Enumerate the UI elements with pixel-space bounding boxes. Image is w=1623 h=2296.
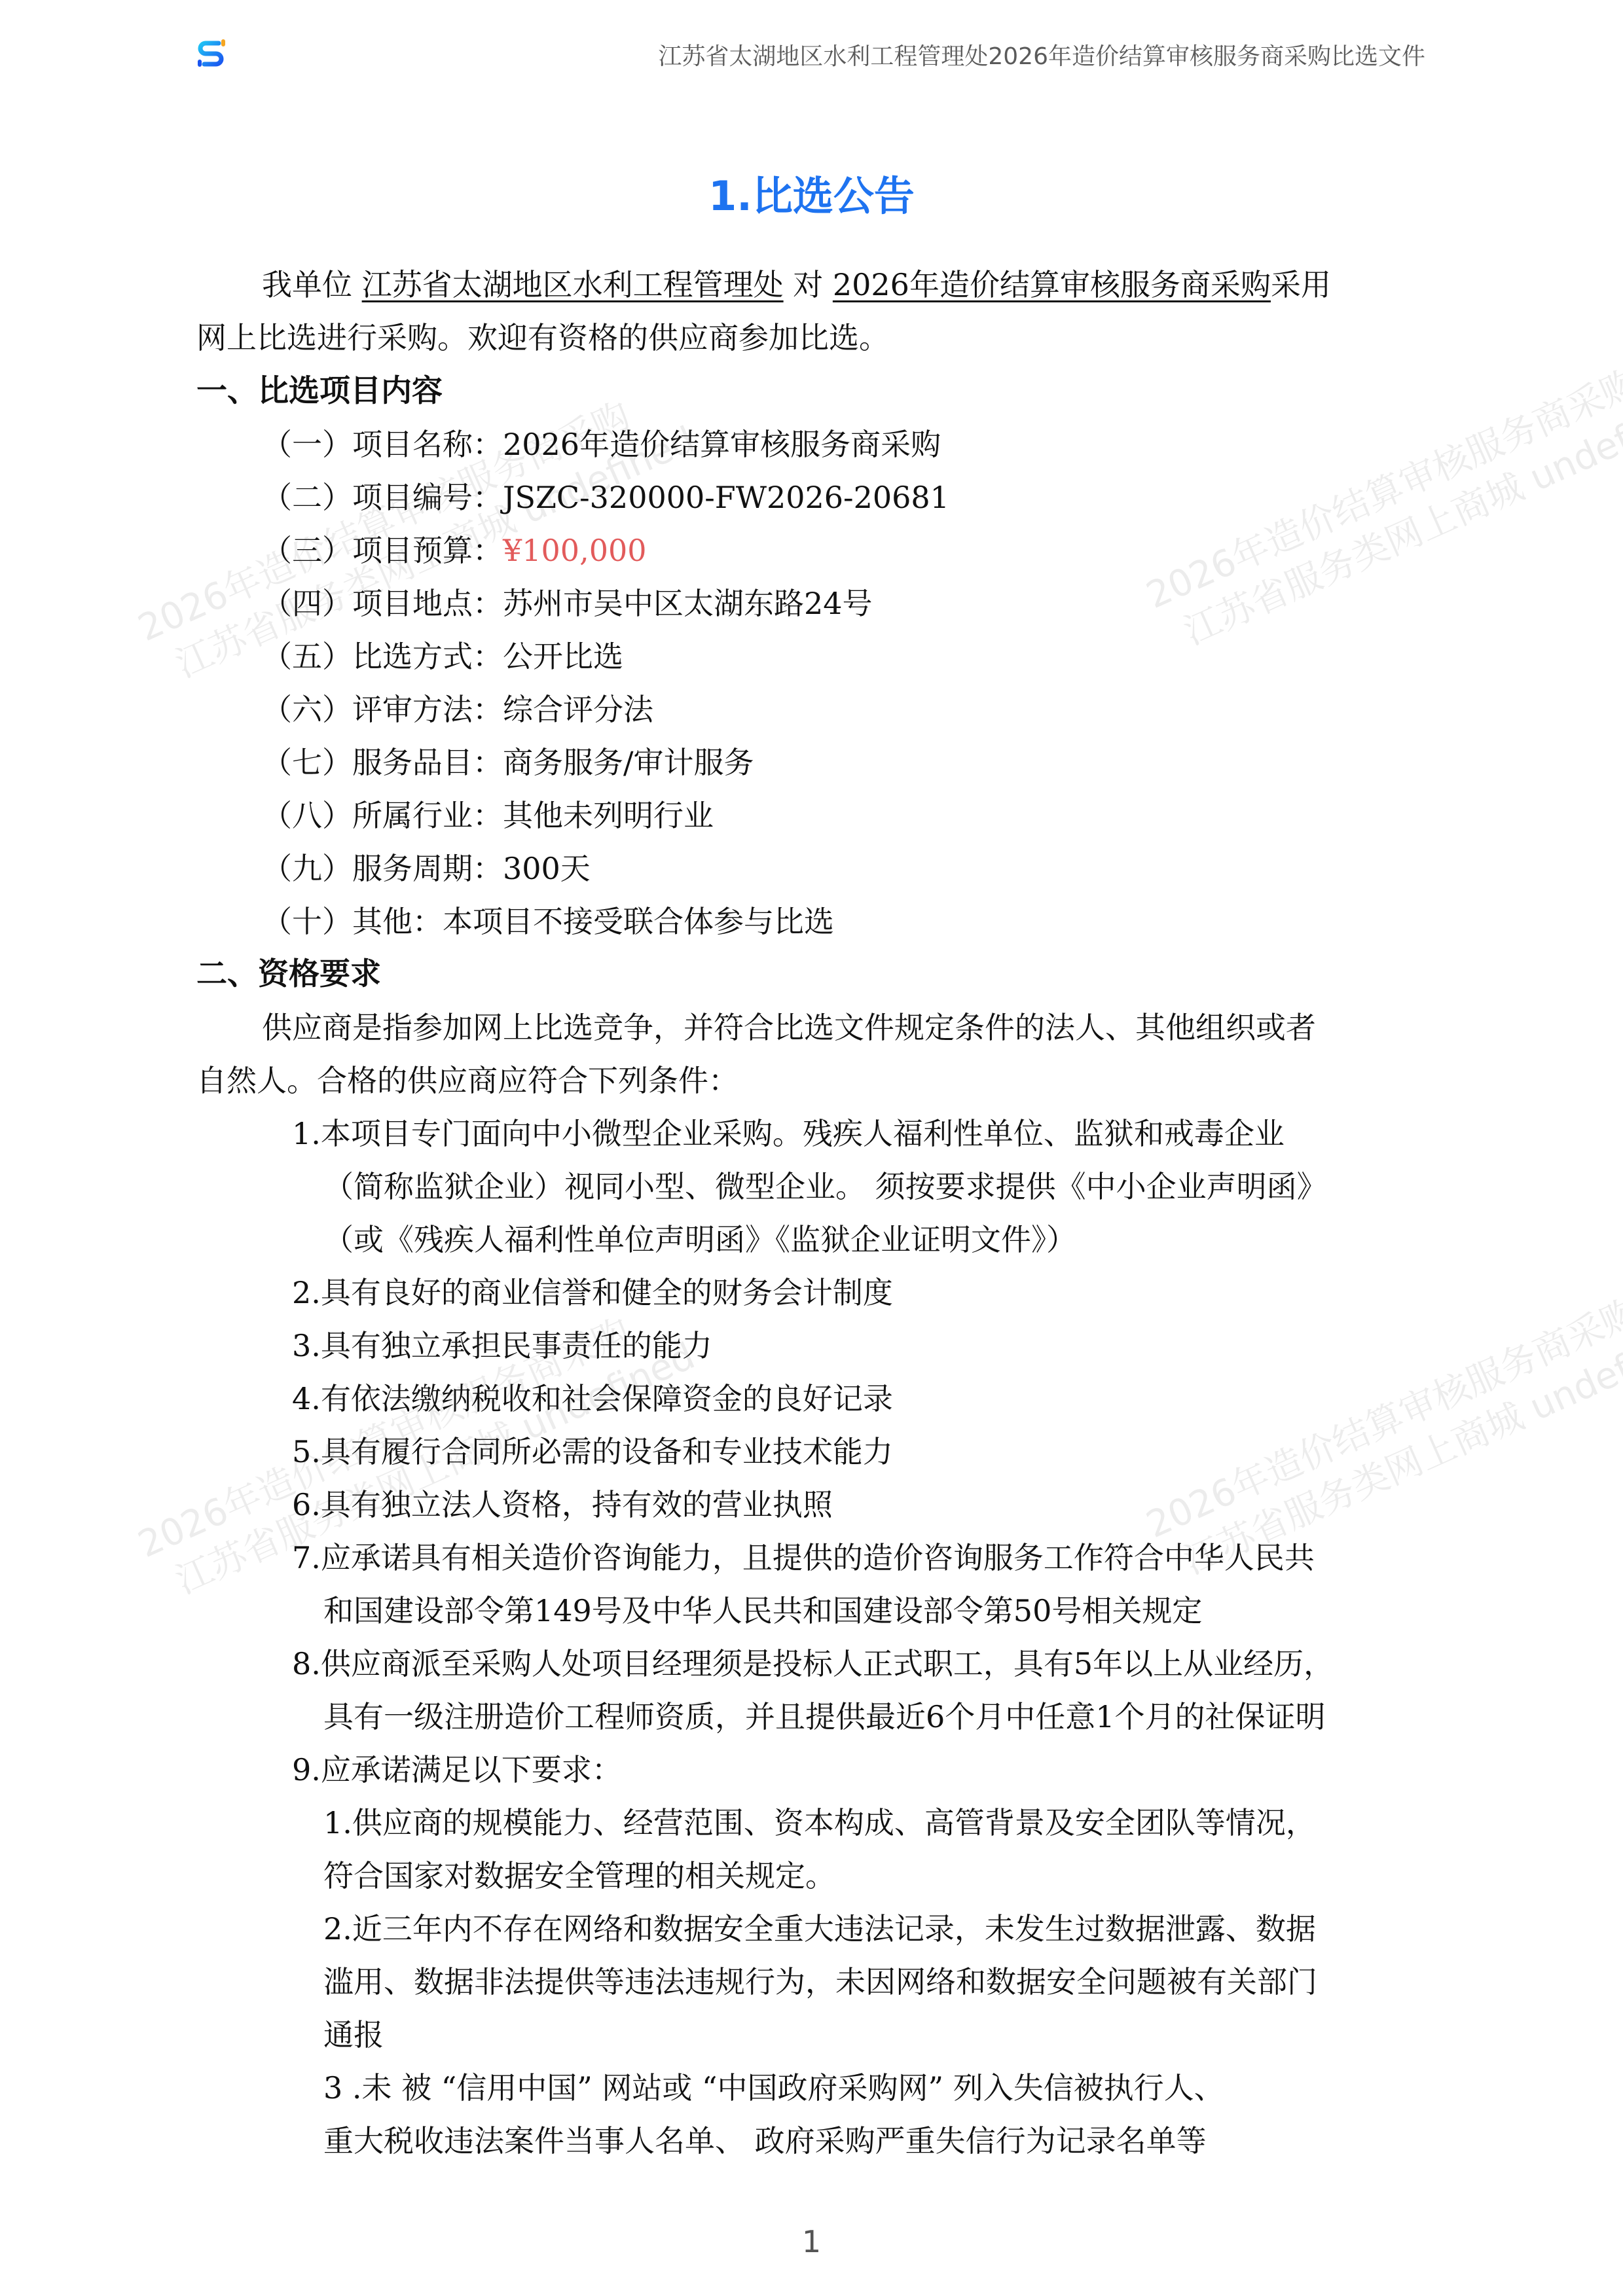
requirement-item: 9.应承诺满足以下要求：	[292, 1750, 622, 1789]
intro-line-2: 网上比选进行采购。欢迎有资格的供应商参加比选。	[196, 318, 889, 357]
list-item: （九）服务周期：300天	[262, 849, 591, 888]
requirement-item: 1.本项目专门面向中小微型企业采购。残疾人福利性单位、监狱和戒毒企业	[292, 1114, 1285, 1153]
section-heading: 二、资格要求	[196, 955, 381, 994]
requirement-item: 7.应承诺具有相关造价咨询能力，且提供的造价咨询服务工作符合中华人民共	[292, 1538, 1315, 1577]
intro-line-1: 我单位 江苏省太湖地区水利工程管理处 对 2026年造价结算审核服务商采购采用	[262, 265, 1331, 304]
list-item: （三）项目预算：¥100,000	[262, 531, 647, 570]
page-number: 1	[0, 2224, 1623, 2259]
requirement-item: 2.具有良好的商业信誉和健全的财务会计制度	[292, 1273, 893, 1312]
list-item: （一）项目名称：2026年造价结算审核服务商采购	[262, 425, 941, 464]
list-item: （四）项目地点：苏州市吴中区太湖东路24号	[262, 584, 873, 623]
sub-requirement: 2.近三年内不存在网络和数据安全重大违法记录，未发生过数据泄露、数据	[323, 1909, 1316, 1948]
paragraph-line: 自然人。合格的供应商应符合下列条件：	[196, 1061, 739, 1100]
sub-requirement: 3 .未 被 “信用中国” 网站或 “中国政府采购网” 列入失信被执行人、	[323, 2068, 1224, 2108]
watermark: 2026年造价结算审核服务商采购 江苏省服务类网上商城 undefined	[1139, 339, 1623, 664]
sub-requirement-cont: 滥用、数据非法提供等违法违规行为，未因网络和数据安全问题被有关部门	[323, 1962, 1317, 2001]
document-page: 2026年造价结算审核服务商采购 江苏省服务类网上商城 undefined 20…	[0, 0, 1623, 2296]
sub-requirement-cont: 符合国家对数据安全管理的相关规定。	[323, 1856, 835, 1895]
sub-requirement: 1.供应商的规模能力、经营范围、资本构成、高管背景及安全团队等情况，	[323, 1803, 1316, 1842]
header-title: 江苏省太湖地区水利工程管理处2026年造价结算审核服务商采购比选文件	[658, 38, 1425, 71]
requirement-item-cont: （或《残疾人福利性单位声明函》《监狱企业证明文件》）	[323, 1220, 1076, 1259]
list-item: （七）服务品目：商务服务/审计服务	[262, 743, 754, 782]
paragraph-line: 供应商是指参加网上比选竞争，并符合比选文件规定条件的法人、其他组织或者	[262, 1008, 1316, 1047]
requirement-item: 8.供应商派至采购人处项目经理须是投标人正式职工，具有5年以上从业经历，	[292, 1644, 1334, 1683]
page-title: 1.比选公告	[0, 164, 1623, 222]
requirement-item-cont: 和国建设部令第149号及中华人民共和国建设部令第50号相关规定	[323, 1591, 1202, 1630]
budget-value: ¥100,000	[503, 533, 647, 568]
requirement-item: 3.具有独立承担民事责任的能力	[292, 1326, 712, 1365]
requirement-item: 4.有依法缴纳税收和社会保障资金的良好记录	[292, 1379, 893, 1418]
section-heading: 一、比选项目内容	[196, 372, 443, 411]
s-logo-icon	[195, 38, 229, 69]
requirement-item: 5.具有履行合同所必需的设备和专业技术能力	[292, 1432, 893, 1471]
list-item: （六）评审方法：综合评分法	[262, 690, 653, 729]
sub-requirement-cont: 通报	[323, 2015, 384, 2054]
project-name: 2026年造价结算审核服务商采购	[833, 267, 1271, 302]
list-item: （八）所属行业：其他未列明行业	[262, 796, 714, 835]
list-item: （十）其他：本项目不接受联合体参与比选	[262, 902, 834, 941]
requirement-item-cont: （简称监狱企业）视同小型、微型企业。 须按要求提供《中小企业声明函》	[323, 1167, 1327, 1206]
requirement-item-cont: 具有一级注册造价工程师资质，并且提供最近6个月中任意1个月的社保证明	[323, 1697, 1326, 1736]
list-item: （二）项目编号：JSZC-320000-FW2026-20681	[262, 478, 949, 517]
list-item: （五）比选方式：公开比选	[262, 637, 623, 676]
org-name: 江苏省太湖地区水利工程管理处	[362, 267, 784, 302]
requirement-item: 6.具有独立法人资格，持有效的营业执照	[292, 1485, 833, 1524]
sub-requirement-cont: 重大税收违法案件当事人名单、 政府采购严重失信行为记录名单等	[323, 2121, 1207, 2161]
